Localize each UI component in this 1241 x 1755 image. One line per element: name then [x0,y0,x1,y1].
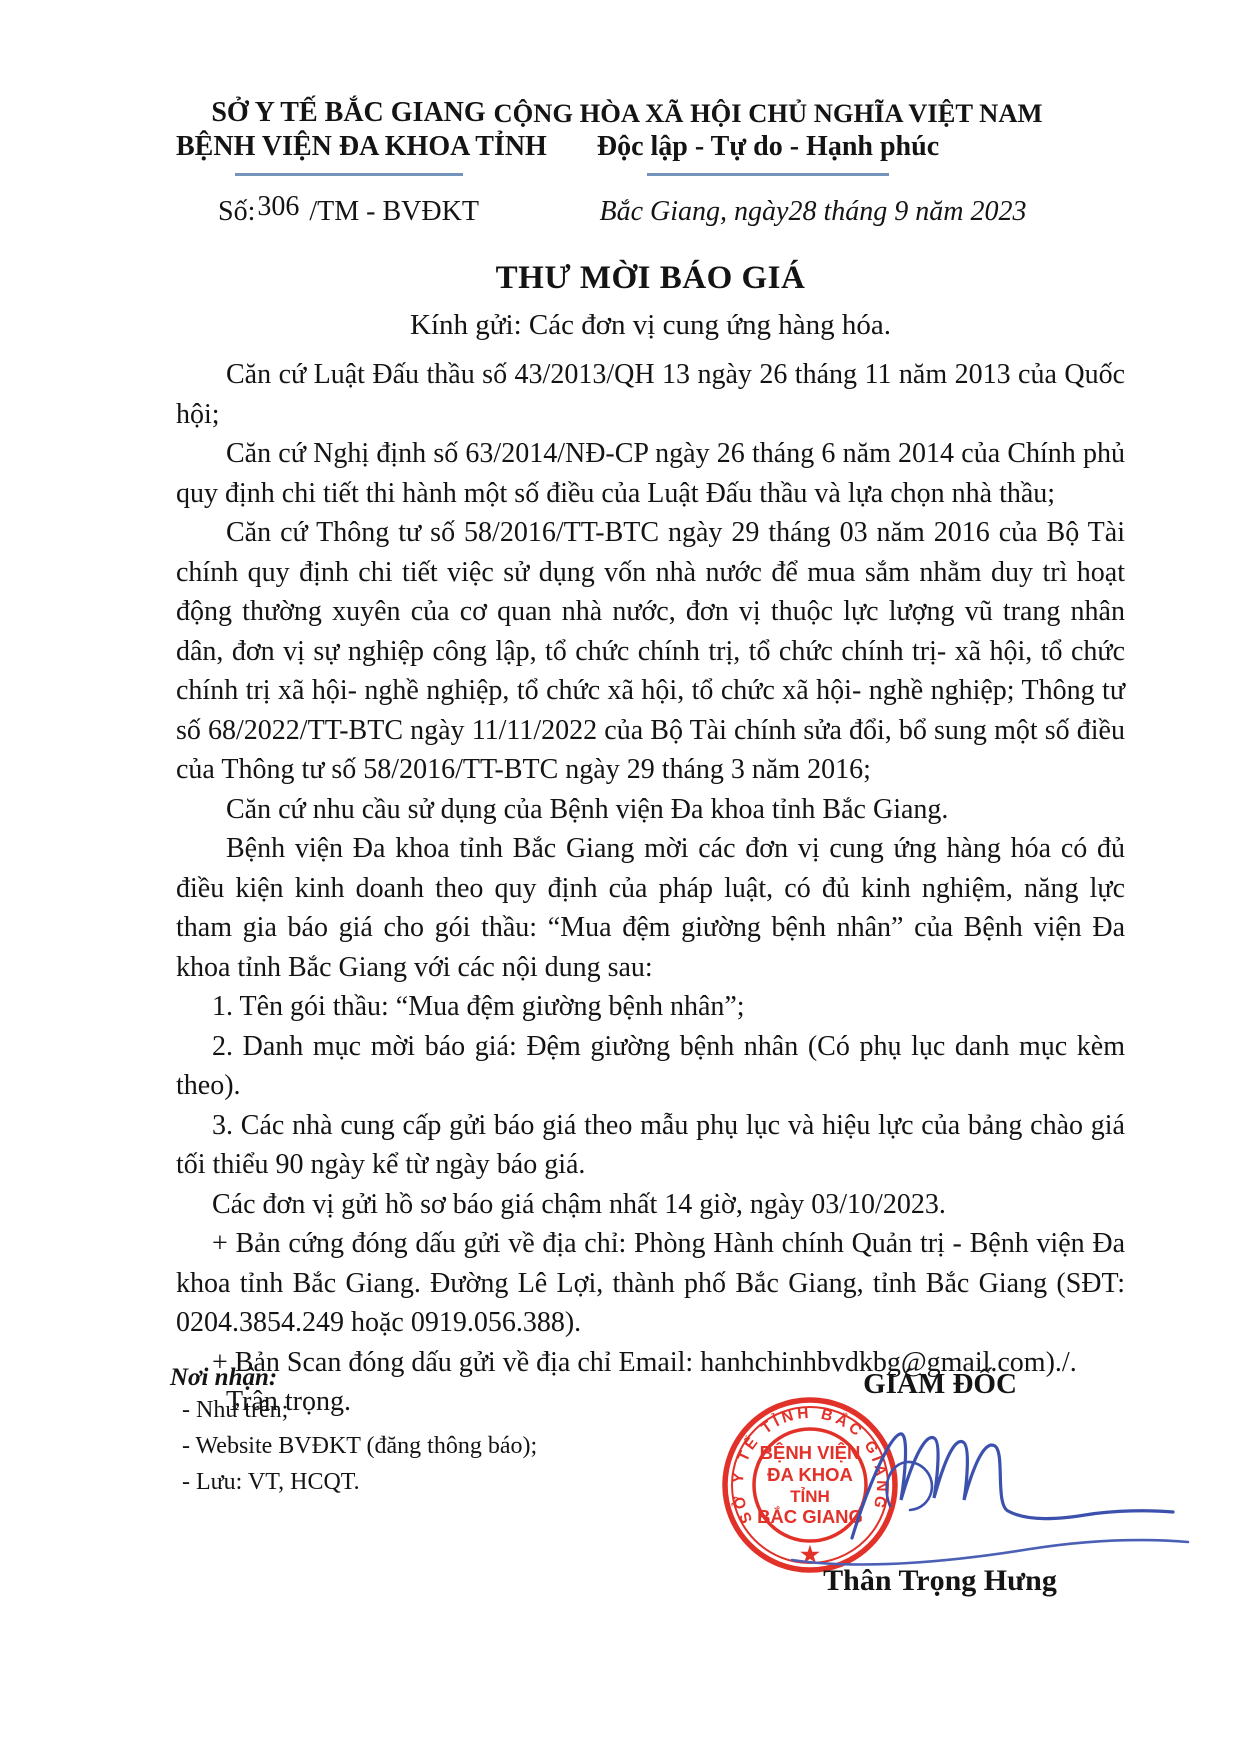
document-title: THƯ MỜI BÁO GIÁ [176,260,1125,297]
document-body: Căn cứ Luật Đấu thầu số 43/2013/QH 13 ng… [176,355,1125,1422]
document-page: SỞ Y TẾ BẮC GIANG BỆNH VIỆN ĐA KHOA TỈNH… [0,0,1241,1755]
paragraph-decree-basis: Căn cứ Nghị định số 63/2014/NĐ-CP ngày 2… [176,434,1125,513]
recipients-label: Nơi nhận: [170,1364,537,1392]
document-content: SỞ Y TẾ BẮC GIANG BỆNH VIỆN ĐA KHOA TỈNH… [176,96,1125,1422]
signer-name: Thân Trọng Hưng [780,1564,1100,1598]
list-item-package-name: 1. Tên gói thầu: “Mua đệm giường bệnh nh… [176,987,1125,1027]
paragraph-invitation: Bệnh viện Đa khoa tỉnh Bắc Giang mời các… [176,829,1125,987]
national-title: CỘNG HÒA XÃ HỘI CHỦ NGHĨA VIỆT NAM [466,96,1070,130]
doc-number-suffix: /TM - BVĐKT [309,196,479,227]
doc-number-value: 306 [257,191,299,222]
paragraph-law-basis: Căn cứ Luật Đấu thầu số 43/2013/QH 13 ng… [176,355,1125,434]
org-underline [235,173,463,176]
recipient-line: - Như trên; [182,1392,537,1428]
recipients-block: Nơi nhận: - Như trên; - Website BVĐKT (đ… [170,1364,537,1500]
signature-underline-stroke [792,1540,1188,1565]
recipient-line: - Lưu: VT, HCQT. [182,1464,537,1500]
place-and-date: Bắc Giang, ngày28 tháng 9 năm 2023 [511,196,1115,228]
recipient-line: - Website BVĐKT (đăng thông báo); [182,1428,537,1464]
signature-loop-stroke [887,1462,932,1510]
salutation: Kính gửi: Các đơn vị cung ứng hàng hóa. [176,309,1125,342]
paragraph-hospital-need: Căn cứ nhu cầu sử dụng của Bệnh viện Đa … [176,790,1125,830]
list-item-validity: 3. Các nhà cung cấp gửi báo giá theo mẫu… [176,1106,1125,1185]
national-motto-block: CỘNG HÒA XÃ HỘI CHỦ NGHĨA VIỆT NAM Độc l… [521,96,1125,176]
note-hardcopy-address: + Bản cứng đóng dấu gửi về địa chỉ: Phòn… [176,1224,1125,1343]
number-date-row: Số:306/TM - BVĐKT Bắc Giang, ngày28 thán… [176,196,1125,228]
document-header: SỞ Y TẾ BẮC GIANG BỆNH VIỆN ĐA KHOA TỈNH… [176,96,1125,176]
document-number: Số:306/TM - BVĐKT [176,196,521,228]
note-deadline: Các đơn vị gửi hồ sơ báo giá chậm nhất 1… [176,1185,1125,1225]
doc-number-label: Số: [218,196,255,227]
paragraph-circular-basis: Căn cứ Thông tư số 58/2016/TT-BTC ngày 2… [176,513,1125,790]
signature-main-stroke [852,1434,1173,1538]
national-motto: Độc lập - Tự do - Hạnh phúc [466,130,1070,164]
motto-underline [647,173,889,176]
signature-scribble [740,1400,1210,1590]
list-item-quote-list: 2. Danh mục mời báo giá: Đệm giường bệnh… [176,1027,1125,1106]
